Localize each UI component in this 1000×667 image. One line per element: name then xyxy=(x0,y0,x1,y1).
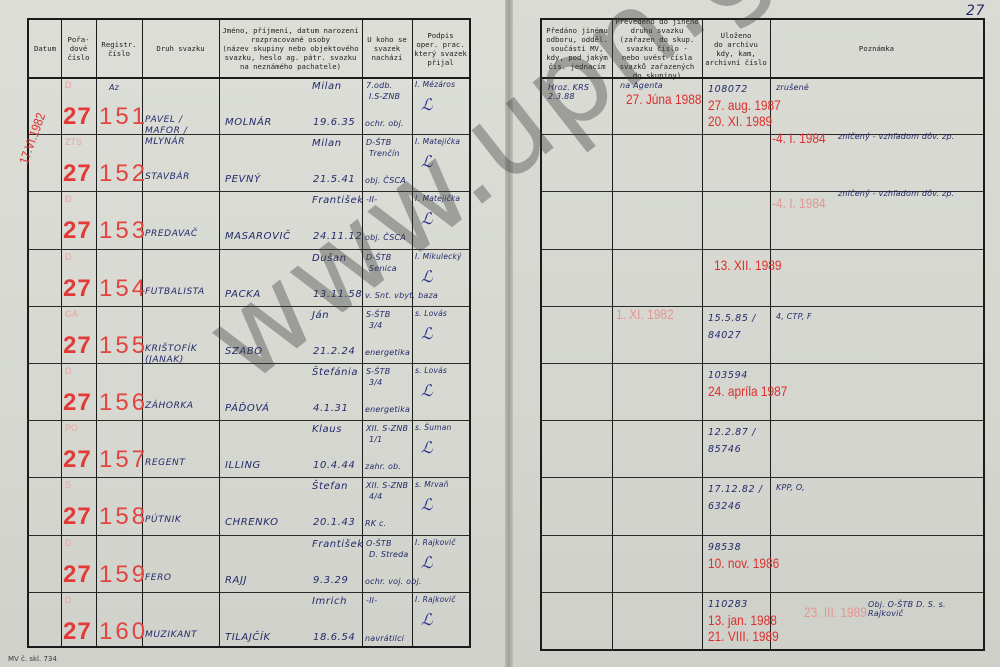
archive-date-stamp: 10. nov. 1986 xyxy=(708,555,779,571)
receiving-officer: I. Rajkovič xyxy=(415,595,456,604)
person-firstname: František xyxy=(312,539,364,550)
location-object: navrátilci xyxy=(365,634,404,643)
archive-date-stamp: 21. VIII. 1989 xyxy=(708,628,779,644)
serial-number-prefix: 27 xyxy=(63,389,92,417)
location-detail: I.S-ZNB xyxy=(369,92,400,101)
birth-date: 24.11.12 xyxy=(313,231,362,242)
person-surname: MASAROVIČ xyxy=(225,231,291,242)
location-detail: Senica xyxy=(369,264,397,273)
person-surname: SZABO xyxy=(225,346,263,357)
note-text: KPP, O, xyxy=(776,483,805,492)
receiving-officer: s. Lovás xyxy=(415,366,447,375)
birth-date: 9.3.29 xyxy=(313,575,348,586)
birth-date: 10.4.44 xyxy=(313,460,355,471)
column-header-ulozeno: Uloženo do archivu kdy, kam, archivní čí… xyxy=(703,21,769,76)
receiving-officer: I. Matejička xyxy=(415,137,460,146)
officer-signature: ℒ xyxy=(421,152,433,171)
registration-number: 153 xyxy=(99,217,148,245)
birth-date: 21.5.41 xyxy=(313,174,355,185)
registration-number: 156 xyxy=(99,389,148,417)
table-row: 1. XI. 198215.5.85 / 840274, CTP, F xyxy=(542,306,983,363)
person-firstname: Klaus xyxy=(312,424,342,435)
column-header-predano: Předáno jinému odboru, odděl. součásti M… xyxy=(543,21,611,76)
registration-number: 154 xyxy=(99,275,148,303)
table-row: -4. I. 1984zničený - vzhľadom dôv. zp. xyxy=(542,191,983,248)
location-unit: XII. S-ZNB xyxy=(366,481,408,490)
table-row: Hroz. KRS 2.3.88na Agenta27. Júna 198810… xyxy=(542,77,983,134)
table-row: 17.12.82 / 63246KPP, O, xyxy=(542,477,983,534)
birth-date: 19.6.35 xyxy=(313,117,355,128)
person-firstname: Štefánia xyxy=(312,367,358,378)
person-firstname: Imrich xyxy=(312,596,347,607)
serial-number-prefix: 27 xyxy=(63,275,92,303)
category-mark: PO xyxy=(65,423,78,433)
serial-number-prefix: 27 xyxy=(63,561,92,589)
table-row: 12.2.87 / 85746 xyxy=(542,420,983,477)
table-row: 9853810. nov. 1986 xyxy=(542,535,983,592)
note-text: zničený - vzhľadom dôv. zp. xyxy=(838,189,954,198)
location-object: zahr. ob. xyxy=(365,462,401,471)
location-detail: 4/4 xyxy=(369,492,382,501)
birth-date: 13.11.58 xyxy=(313,289,362,300)
person-firstname: Milan xyxy=(312,138,342,149)
transfer-stamp: 1. XI. 1982 xyxy=(616,306,674,322)
serial-number-prefix: 27 xyxy=(63,332,92,360)
location-object: v. Snt. vbyt. baza xyxy=(365,291,438,300)
column-header-datum: Datum xyxy=(30,21,60,76)
note-text: 4, CTP, F xyxy=(776,312,812,321)
category-mark: ZTS xyxy=(65,137,82,147)
location-unit: S-ŠTB xyxy=(366,310,390,319)
officer-signature: ℒ xyxy=(421,267,433,286)
location-detail: 1/1 xyxy=(369,435,382,444)
registration-number: 160 xyxy=(99,618,148,646)
officer-signature: ℒ xyxy=(421,324,433,343)
left-register-table: DatumPořa- dové čísloRegistr. čísloDruh … xyxy=(27,18,471,648)
handed-over-note: Hroz. KRS 2.3.88 xyxy=(548,83,608,101)
category-mark: D xyxy=(65,538,72,548)
table-row: D27160MUZIKANTTILAJČÍKImrich18.6.54-II-n… xyxy=(29,592,469,649)
person-firstname: Štefan xyxy=(312,481,348,492)
category-mark: GA xyxy=(65,309,78,319)
serial-number-prefix: 27 xyxy=(63,217,92,245)
category-mark: D xyxy=(65,366,72,376)
table-row: 10359424. apríla 1987 xyxy=(542,363,983,420)
column-header-poradove: Pořa- dové číslo xyxy=(62,21,95,76)
location-detail: 3/4 xyxy=(369,378,382,387)
receiving-officer: I. Matejička xyxy=(415,194,460,203)
person-surname: MOLNÁR xyxy=(225,117,272,128)
receiving-officer: s. Mrvaň xyxy=(415,480,449,489)
person-surname: CHRENKO xyxy=(225,517,279,528)
registration-number: 152 xyxy=(99,160,148,188)
person-surname: ILLING xyxy=(225,460,261,471)
note-text: zrušené xyxy=(776,83,809,92)
location-object: ochr. voj. obj. xyxy=(365,577,422,586)
category-mark: D xyxy=(65,595,72,605)
person-surname: PEVNÝ xyxy=(225,174,261,185)
table-row: -4. I. 1984zničený - vzhľadom dôv. zp. xyxy=(542,134,983,191)
file-type-codename: REGENT xyxy=(145,458,185,469)
location-unit: D-ŠTB xyxy=(366,253,392,262)
note-stamp: 23. III. 1989 xyxy=(804,604,867,620)
receiving-officer: I. Rajkovič xyxy=(415,538,456,547)
person-surname: PACKA xyxy=(225,289,261,300)
receiving-officer: I. Mézáros xyxy=(415,80,455,89)
column-header-poznamka: Poznámka xyxy=(771,21,982,76)
location-object: RK c. xyxy=(365,519,386,528)
column-header-registr: Registr. číslo xyxy=(97,21,141,76)
location-unit: 7.odb. xyxy=(366,81,392,90)
transfer-stamp: 27. Júna 1988 xyxy=(626,91,701,107)
table-row: D27159FERORAJJFrantišek9.3.29O-ŠTBD. Str… xyxy=(29,535,469,592)
location-unit: D-ŠTB xyxy=(366,138,392,147)
table-row: D27156ZÁHORKAPÁĎOVÁŠtefánia4.1.31S-ŠTB3/… xyxy=(29,363,469,420)
table-row: S27158PÚTNIKCHRENKOŠtefan20.1.43XII. S-Z… xyxy=(29,477,469,534)
table-row: D27Az151PAVEL / MAFOR / MLYNÁRMOLNÁRMila… xyxy=(29,77,469,134)
serial-number-prefix: 27 xyxy=(63,618,92,646)
table-row: 11028313. jan. 198821. VIII. 198923. III… xyxy=(542,592,983,649)
receiving-officer: s. Lovás xyxy=(415,309,447,318)
person-surname: PÁĎOVÁ xyxy=(225,403,270,414)
person-firstname: Ján xyxy=(312,310,329,321)
note-text: zničený - vzhľadom dôv. zp. xyxy=(838,132,954,141)
registration-number: 155 xyxy=(99,332,148,360)
table-row: D27154FUTBALISTAPACKADušan13.11.58D-ŠTBS… xyxy=(29,249,469,306)
file-type-codename: PÚTNIK xyxy=(145,515,181,526)
officer-signature: ℒ xyxy=(421,438,433,457)
table-row: 13. XII. 1989 xyxy=(542,249,983,306)
serial-number-prefix: 27 xyxy=(63,160,92,188)
archive-date-stamp: 20. XI. 1989 xyxy=(708,113,772,129)
serial-number-prefix: 27 xyxy=(63,503,92,531)
location-detail: D. Streda xyxy=(369,550,408,559)
location-object: energetika xyxy=(365,405,410,414)
file-type-codename: FUTBALISTA xyxy=(145,287,205,298)
archive-number: 108072 xyxy=(708,81,770,98)
page-number: 27 xyxy=(966,3,985,19)
table-row: 17.VI.1982ZTS27152STAVBÁRPEVNÝMilan21.5.… xyxy=(29,134,469,191)
serial-number-prefix: 27 xyxy=(63,446,92,474)
registration-number: 159 xyxy=(99,561,148,589)
registration-number: 157 xyxy=(99,446,148,474)
location-object: obj. ČSCA xyxy=(365,233,406,242)
column-header-ukoho: U koho se svazek nachází xyxy=(363,21,411,76)
officer-signature: ℒ xyxy=(421,381,433,400)
table-row: D27153PREDAVAČMASAROVIČFrantišek24.11.12… xyxy=(29,191,469,248)
archive-number: 15.5.85 / 84027 xyxy=(708,310,770,344)
registr-mark: Az xyxy=(109,83,119,92)
archive-number: 12.2.87 / 85746 xyxy=(708,424,770,458)
category-mark: S xyxy=(65,480,71,490)
archive-number: 98538 xyxy=(708,539,770,556)
location-unit: -II- xyxy=(366,195,377,204)
archive-date-stamp: 27. aug. 1987 xyxy=(708,97,781,113)
registration-number: 151 xyxy=(99,103,148,131)
file-type-codename: ZÁHORKA xyxy=(145,401,194,412)
table-row: PO27157REGENTILLINGKlaus10.4.44XII. S-ZN… xyxy=(29,420,469,477)
column-header-jmeno: Jméno, příjmení, datum narození rozpraco… xyxy=(220,21,361,76)
birth-date: 4.1.31 xyxy=(313,403,348,414)
form-code: MV č. skl. 734 xyxy=(8,655,57,663)
person-surname: RAJJ xyxy=(225,575,247,586)
person-surname: TILAJČÍK xyxy=(225,632,271,643)
file-type-codename: MUZIKANT xyxy=(145,630,197,641)
location-object: energetika xyxy=(365,348,410,357)
archive-date-stamp: 13. jan. 1988 xyxy=(708,612,777,628)
category-mark: D xyxy=(65,252,72,262)
serial-number-prefix: 27 xyxy=(63,103,92,131)
location-unit: O-ŠTB xyxy=(366,539,392,548)
birth-date: 18.6.54 xyxy=(313,632,355,643)
column-header-podpis: Podpis oper. prac. který svazek přijal xyxy=(413,21,468,76)
file-type-codename: STAVBÁR xyxy=(145,172,190,183)
book-gutter xyxy=(505,0,513,667)
birth-date: 21.2.24 xyxy=(313,346,355,357)
right-register-table: Předáno jinému odboru, odděl. součásti M… xyxy=(540,18,985,651)
receiving-officer: I. Mikulecký xyxy=(415,252,462,261)
column-header-prevedeno: Převedeno do jiného druhu svazku (zařaze… xyxy=(613,21,701,76)
archive-number: 110283 xyxy=(708,596,770,613)
category-mark: D xyxy=(65,80,72,90)
table-row: GA27155KRIŠTOFÍK (JANAK)SZABOJán21.2.24S… xyxy=(29,306,469,363)
location-detail: 3/4 xyxy=(369,321,382,330)
location-object: ochr. obj. xyxy=(365,119,404,128)
transfer-note: na Agenta xyxy=(620,81,663,90)
location-detail: Trenčín xyxy=(369,149,400,158)
person-firstname: František xyxy=(312,195,364,206)
registration-number: 158 xyxy=(99,503,148,531)
officer-signature: ℒ xyxy=(421,553,433,572)
officer-signature: ℒ xyxy=(421,209,433,228)
officer-signature: ℒ xyxy=(421,495,433,514)
note-stamp: -4. I. 1984 xyxy=(772,195,826,211)
archive-number: 17.12.82 / 63246 xyxy=(708,481,770,515)
location-unit: XII. S-ZNB xyxy=(366,424,408,433)
note-stamp: -4. I. 1984 xyxy=(772,130,826,146)
location-unit: -II- xyxy=(366,596,377,605)
archive-number: 103594 xyxy=(708,367,770,384)
location-unit: S-ŠTB xyxy=(366,367,390,376)
officer-signature: ℒ xyxy=(421,610,433,629)
person-firstname: Dušan xyxy=(312,253,347,264)
person-firstname: Milan xyxy=(312,81,342,92)
archive-date-stamp: 13. XII. 1989 xyxy=(714,257,781,273)
file-type-codename: PREDAVAČ xyxy=(145,229,198,240)
birth-date: 20.1.43 xyxy=(313,517,355,528)
file-type-codename: FERO xyxy=(145,573,172,584)
note-text: Obj. O-ŠTB D. S. s. Rajkovič xyxy=(868,600,968,618)
category-mark: D xyxy=(65,194,72,204)
officer-signature: ℒ xyxy=(421,95,433,114)
column-header-druh: Druh svazku xyxy=(143,21,218,76)
receiving-officer: s. Šuman xyxy=(415,423,451,432)
archive-date-stamp: 24. apríla 1987 xyxy=(708,383,787,399)
location-object: obj. ČSCA xyxy=(365,176,406,185)
